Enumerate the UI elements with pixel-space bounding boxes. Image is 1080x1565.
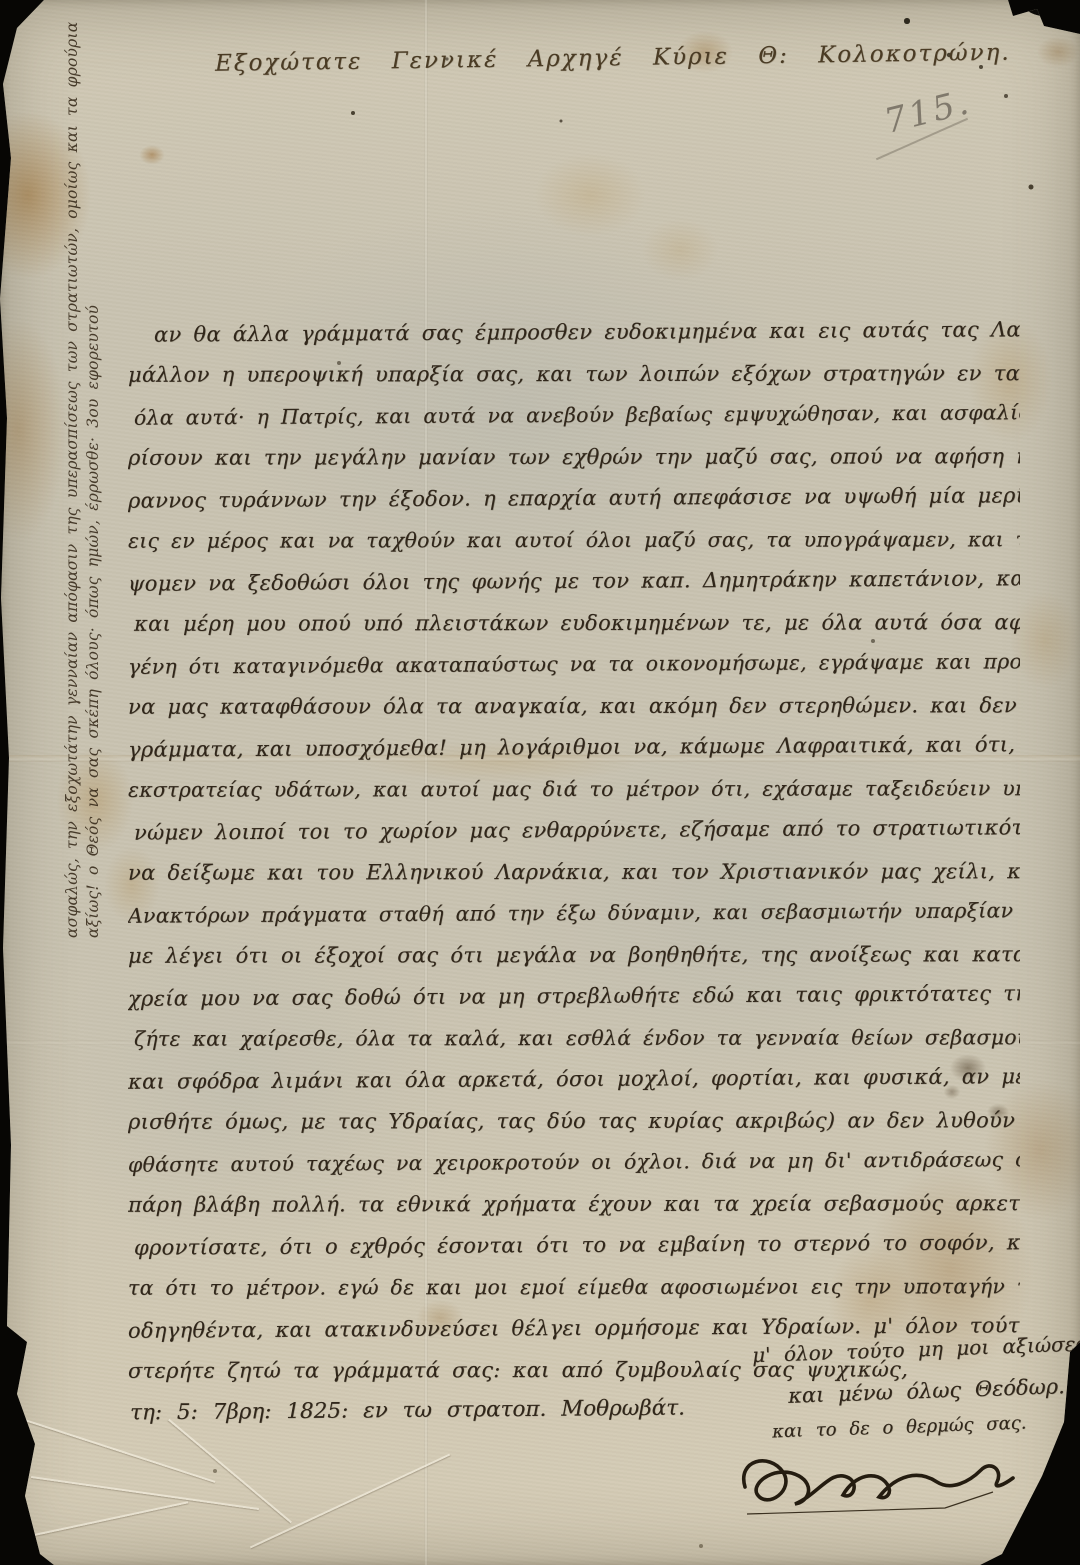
manuscript-line: και σφόδρα λιμάνι και όλα αρκετά, όσοι μ… xyxy=(128,1064,1020,1111)
manuscript-line: ζήτε και χαίρεσθε, όλα τα καλά, και εσθλ… xyxy=(134,1025,1020,1068)
manuscript-line: και μέρη μου οπού υπό πλειστάκων ευδοκιμ… xyxy=(134,610,1020,653)
manuscript-line: τα ότι το μέτρον. εγώ δε και μοι εμοί εί… xyxy=(128,1274,1020,1317)
manuscript-line: με λέγει ότι οι έξοχοί σας ότι μεγάλα να… xyxy=(128,942,1020,985)
signature-flourish xyxy=(735,1432,1035,1532)
ink-speckles xyxy=(0,0,2,2)
margin-note-line: ασφαλώς, την εξοχωτάτην γενναίαν απόφασι… xyxy=(62,328,83,938)
manuscript-paper: Εξοχώτατε Γεννικέ Αρχηγέ Κύριε Θ: Κολοκο… xyxy=(0,0,1080,1565)
manuscript-line: ρισθήτε όμως, με τας Υδραίας, τας δύο τα… xyxy=(128,1108,1020,1151)
dateline: τη: 5: 7βρη: 1825: εν τω στρατοπ. Μοθρωβ… xyxy=(130,1396,685,1426)
manuscript-line: νώμεν λοιποί τοι το χωρίον μας ενθαρρύνε… xyxy=(134,815,1020,862)
manuscript-line: ραννος τυράννων την έξοδον. η επαρχία αυ… xyxy=(128,483,1020,530)
manuscript-line: εις εν μέρος και να ταχθούν και αυτοί όλ… xyxy=(128,527,1020,570)
margin-note-line: αξίως! ο Θεός να σας σκέπη όλους· όπως η… xyxy=(83,328,104,938)
manuscript-line: μάλλον η υπεροψική υπαρξία σας, και των … xyxy=(128,361,1020,404)
letter-body: αν θα άλλα γράμματά σας έμπροσθεν ευδοκι… xyxy=(128,320,1020,1399)
manuscript-line: πάρη βλάβη πολλή. τα εθνικά χρήματα έχου… xyxy=(128,1191,1020,1234)
margin-note-vertical: ασφαλώς, την εξοχωτάτην γενναίαν απόφασι… xyxy=(62,328,104,938)
manuscript-line: γένη ότι καταγινόμεθα ακαταπαύστως να τα… xyxy=(128,649,1020,696)
manuscript-line: Ανακτόρων πράγματα σταθή από την έξω δύν… xyxy=(128,898,1020,945)
manuscript-line: όλα αυτά· η Πατρίς, και αυτά να ανεβούν … xyxy=(134,400,1020,447)
manuscript-line: να δείξωμε και του Ελληνικού Λαρνάκια, κ… xyxy=(128,859,1020,902)
manuscript-line: ψομεν να ξεδοθώσι όλοι της φωνής με τον … xyxy=(128,566,1020,613)
manuscript-line: φροντίσατε, ότι ο εχθρός έσονται ότι το … xyxy=(134,1230,1020,1277)
manuscript-line: φθάσητε αυτού ταχέως να χειροκροτούν οι … xyxy=(128,1147,1020,1194)
manuscript-line: να μας καταφθάσουν όλα τα αναγκαία, και … xyxy=(128,693,1020,736)
manuscript-line: γράμματα, και υποσχόμεθα! μη λογάριθμοι … xyxy=(128,732,1020,779)
manuscript-line: εκστρατείας υδάτων, και αυτοί μας διά το… xyxy=(128,776,1020,819)
manuscript-line: ρίσουν και την μεγάλην μανίαν των εχθρών… xyxy=(128,444,1020,487)
manuscript-line: χρεία μου να σας δοθώ ότι να μη στρεβλωθ… xyxy=(128,981,1020,1028)
manuscript-line: αν θα άλλα γράμματά σας έμπροσθεν ευδοκι… xyxy=(154,320,1020,364)
